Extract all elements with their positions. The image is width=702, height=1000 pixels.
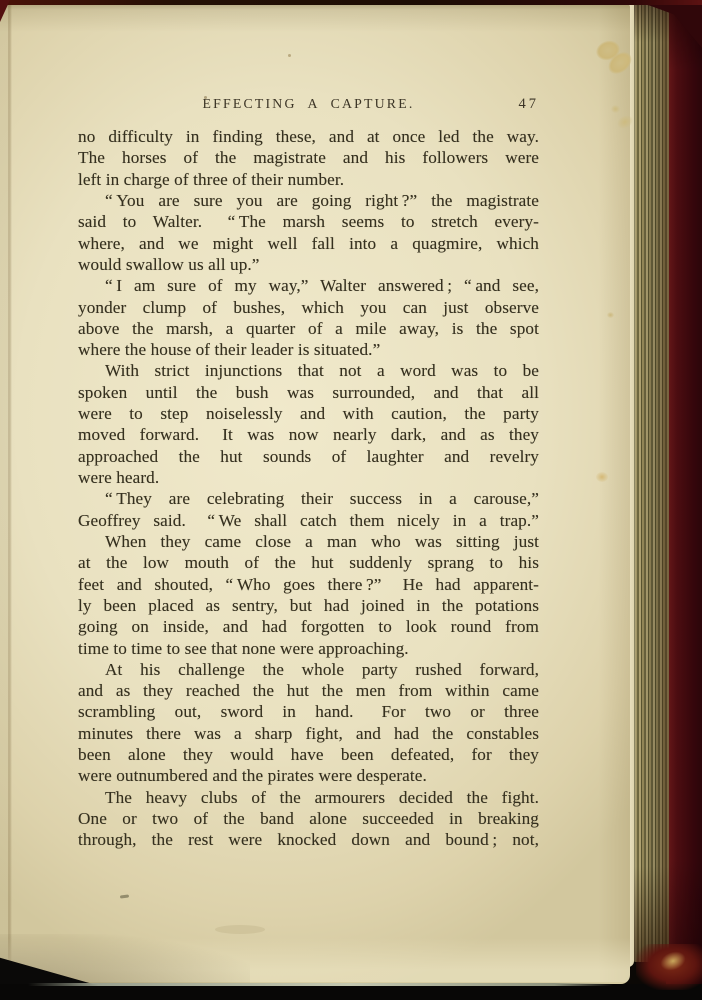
page-number: 47 <box>519 95 540 113</box>
text-line: One or two of the band alone succeeded i… <box>78 808 539 829</box>
text-line: at the low mouth of the hut suddenly spr… <box>78 552 539 573</box>
paragraph: At his challenge the whole party rushed … <box>78 659 539 787</box>
text-line: The heavy clubs of the armourers decided… <box>78 787 539 808</box>
text-line: said to Walter. “ The marsh seems to str… <box>78 211 539 232</box>
stain-mark <box>607 312 614 318</box>
text-line: “ They are celebrating their success in … <box>78 488 539 509</box>
text-line: going on inside, and had forgotten to lo… <box>78 616 539 637</box>
paragraph: no difficulty in finding these, and at o… <box>78 126 539 190</box>
speck-mark <box>120 894 129 898</box>
running-head-title: EFFECTING A CAPTURE. <box>78 95 539 113</box>
stain-mark <box>596 472 608 482</box>
page-bottom-edge-line <box>28 983 613 986</box>
text-line: At his challenge the whole party rushed … <box>78 659 539 680</box>
text-line: The horses of the magistrate and his fol… <box>78 147 539 168</box>
photo-top-border <box>0 0 702 5</box>
text-line: no difficulty in finding these, and at o… <box>78 126 539 147</box>
paragraph: The heavy clubs of the armourers decided… <box>78 787 539 851</box>
photo-bottom-border <box>0 984 702 1000</box>
text-line: and as they reached the hut the men from… <box>78 680 539 701</box>
text-line: were to step noiselessly and with cautio… <box>78 403 539 424</box>
book-cover-edge <box>666 0 702 1000</box>
text-line: ly been placed as sentry, but had joined… <box>78 595 539 616</box>
text-line: Geoffrey said. “ We shall catch them nic… <box>78 510 539 531</box>
smudge-mark <box>215 925 265 934</box>
body-text: no difficulty in finding these, and at o… <box>78 126 539 851</box>
text-line: where, and we might well fall into a qua… <box>78 233 539 254</box>
paragraph: When they came close a man who was sitti… <box>78 531 539 659</box>
text-line: yonder clump of bushes, which you can ju… <box>78 297 539 318</box>
text-line: time to time to see that none were appro… <box>78 638 539 659</box>
book-page: EFFECTING A CAPTURE. 47 no difficulty in… <box>0 4 630 984</box>
text-line: were outnumbered and the pirates were de… <box>78 765 539 786</box>
speck-mark <box>288 54 291 57</box>
text-line: When they came close a man who was sitti… <box>78 531 539 552</box>
page-edges-stack <box>632 4 669 962</box>
text-line: above the marsh, a quarter of a mile awa… <box>78 318 539 339</box>
running-head: EFFECTING A CAPTURE. 47 <box>78 95 539 113</box>
text-line: were heard. <box>78 467 539 488</box>
text-line: approached the hut sounds of laughter an… <box>78 446 539 467</box>
text-line: feet and shouted, “ Who goes there ?” He… <box>78 574 539 595</box>
text-line: spoken until the bush was surrounded, an… <box>78 382 539 403</box>
text-line: left in charge of three of their number. <box>78 169 539 190</box>
stain-mark <box>611 105 620 113</box>
text-line: been alone they would have been defeated… <box>78 744 539 765</box>
text-line: “ I am sure of my way,” Walter answered … <box>78 275 539 296</box>
text-line: scrambling out, sword in hand. For two o… <box>78 701 539 722</box>
text-line: moved forward. It was now nearly dark, a… <box>78 424 539 445</box>
paragraph: “ You are sure you are going right ?” th… <box>78 190 539 275</box>
scanned-book-photo: EFFECTING A CAPTURE. 47 no difficulty in… <box>0 0 702 1000</box>
text-line: would swallow us all up.” <box>78 254 539 275</box>
text-line: through, the rest were knocked down and … <box>78 829 539 850</box>
paragraph: “ I am sure of my way,” Walter answered … <box>78 275 539 360</box>
paragraph: With strict injunctions that not a word … <box>78 360 539 488</box>
text-line: With strict injunctions that not a word … <box>78 360 539 381</box>
text-line: minutes there was a sharp fight, and had… <box>78 723 539 744</box>
paragraph: “ They are celebrating their success in … <box>78 488 539 531</box>
text-line: “ You are sure you are going right ?” th… <box>78 190 539 211</box>
text-line: where the house of their leader is situa… <box>78 339 539 360</box>
